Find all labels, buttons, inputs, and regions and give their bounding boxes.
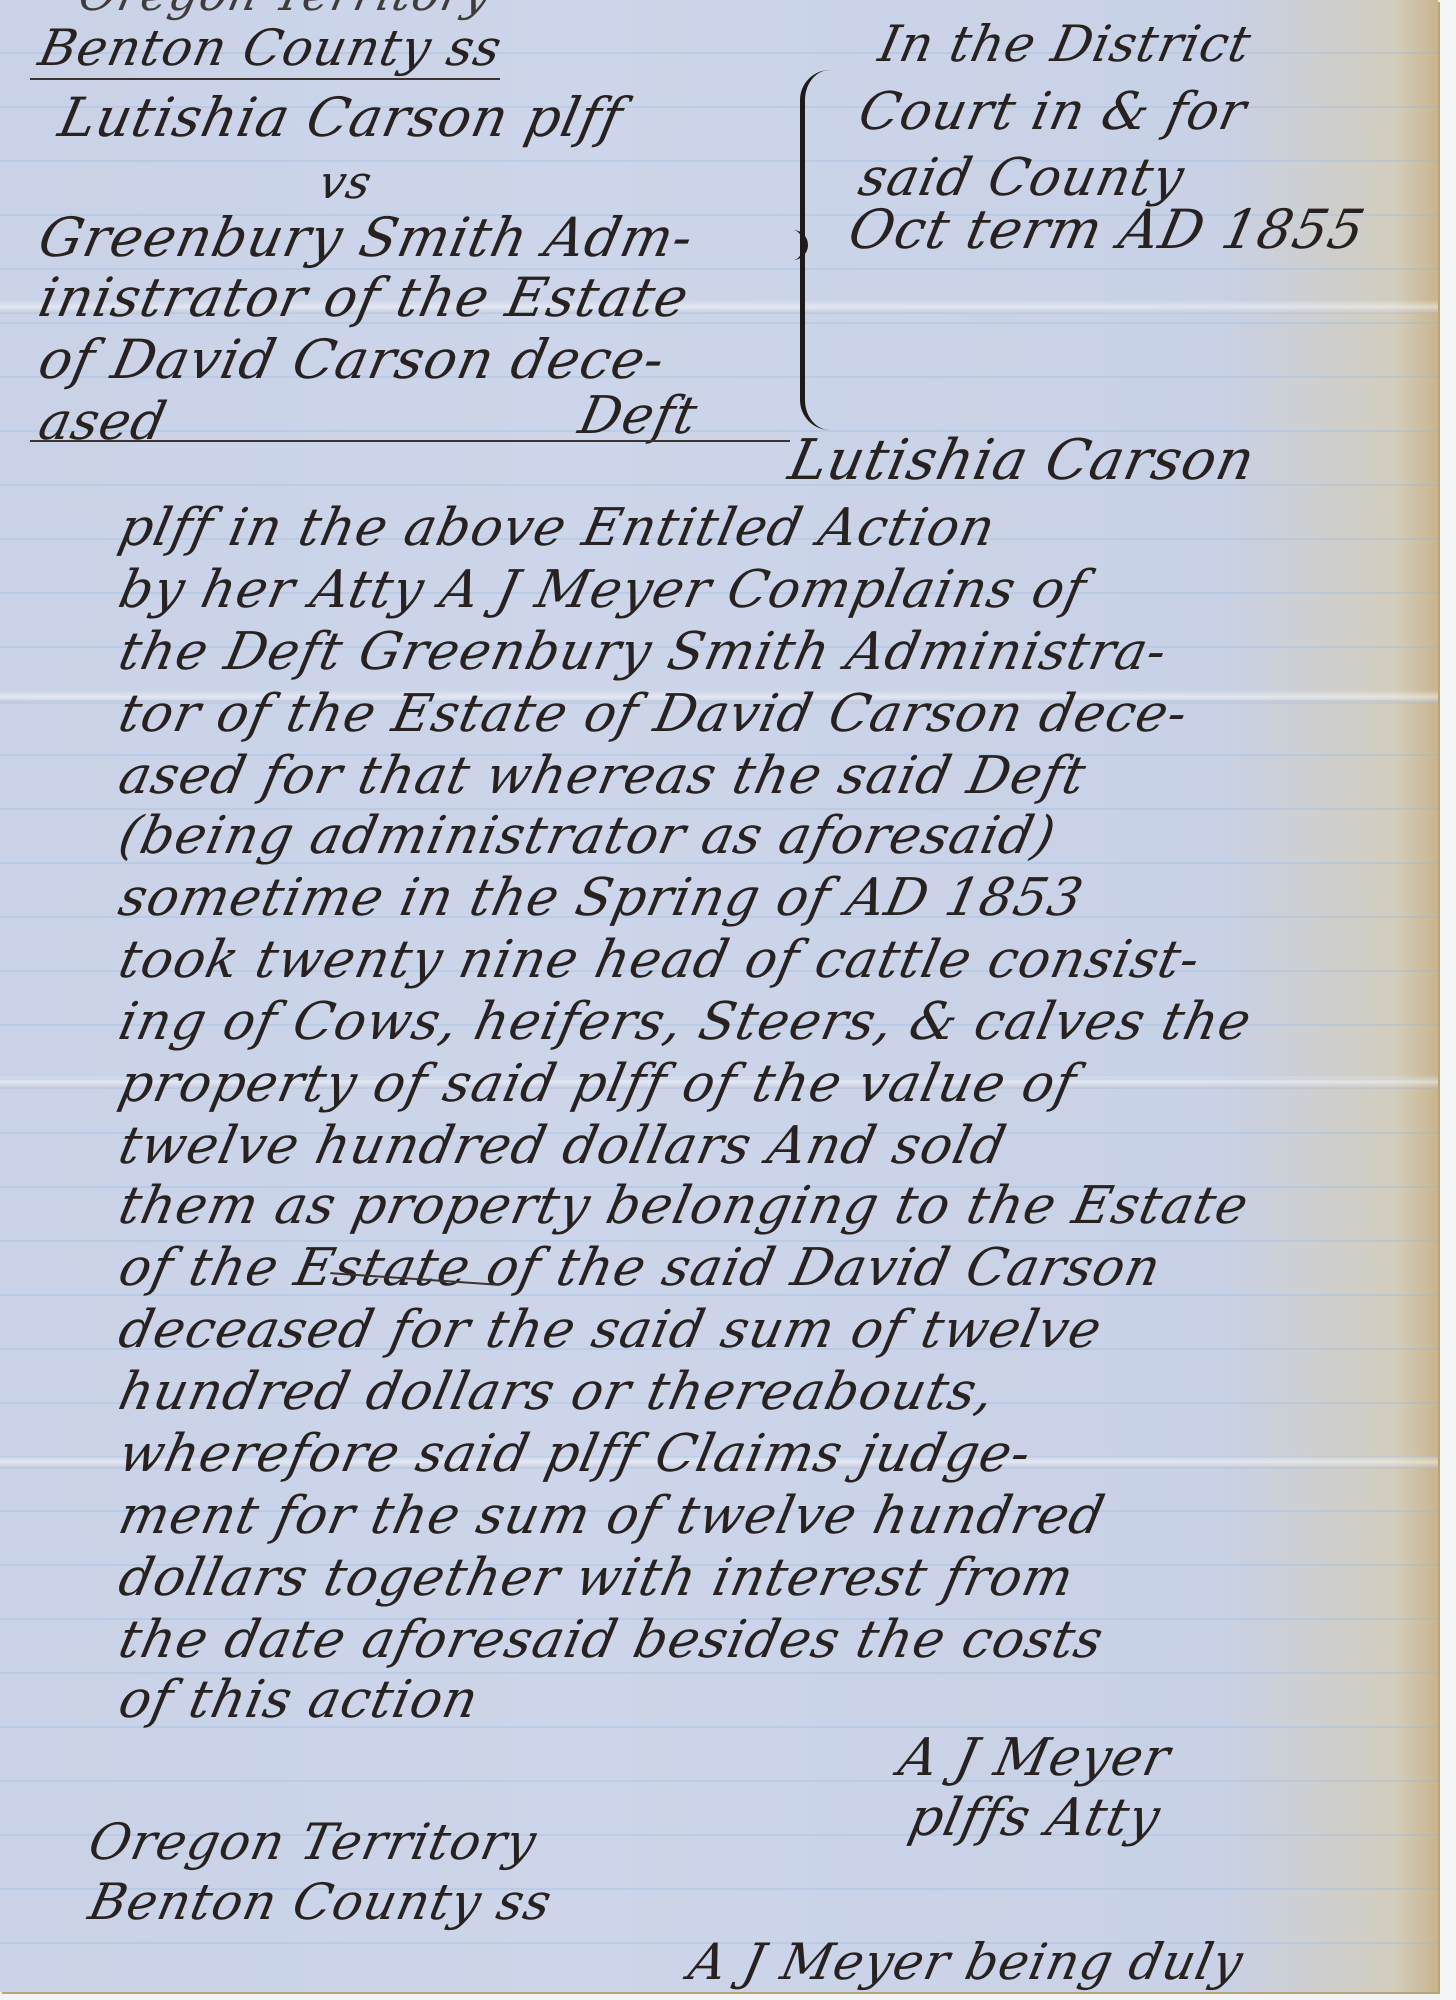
body-line-4: tor of the Estate of David Carson dece- bbox=[114, 684, 1194, 744]
caption-defendant-1: Greenbury Smith Adm- bbox=[34, 208, 699, 268]
signature-name: A J Meyer bbox=[894, 1728, 1176, 1788]
body-line-7: sometime in the Spring of AD 1853 bbox=[114, 868, 1089, 928]
affidavit-territory: Oregon Territory bbox=[84, 1812, 543, 1872]
body-line-5: ased for that whereas the said Deft bbox=[114, 746, 1092, 806]
caption-brace bbox=[800, 70, 845, 430]
body-line-11: twelve hundred dollars And sold bbox=[114, 1116, 1012, 1176]
body-line-14: deceased for the said sum of twelve bbox=[114, 1300, 1108, 1360]
body-line-15: hundred dollars or thereabouts, bbox=[114, 1362, 1001, 1422]
body-line-12: them as property belonging to the Estate bbox=[114, 1176, 1254, 1236]
body-line-2: by her Atty A J Meyer Complains of bbox=[114, 560, 1092, 620]
court-line-1: In the District bbox=[874, 14, 1257, 74]
caption-defendant-3: of David Carson dece- bbox=[34, 330, 671, 390]
body-line-20: of this action bbox=[114, 1670, 485, 1730]
body-line-3: the Deft Greenbury Smith Administra- bbox=[114, 622, 1173, 682]
document-page: Oregon Territory Benton County ss Lutish… bbox=[0, 0, 1438, 1992]
caption-county: Benton County ss bbox=[34, 18, 508, 78]
affidavit-opening: A J Meyer being duly bbox=[684, 1932, 1249, 1992]
caption-defendant-4: ased bbox=[34, 392, 173, 452]
caption-underline bbox=[30, 78, 500, 80]
body-line-0: Lutishia Carson bbox=[783, 428, 1261, 493]
body-line-6: (being administrator as aforesaid) bbox=[114, 806, 1062, 866]
body-line-18: dollars together with interest from bbox=[114, 1548, 1080, 1608]
body-line-17: ment for the sum of twelve hundred bbox=[114, 1486, 1111, 1546]
body-line-13: of the Estate of the said David Carson bbox=[114, 1238, 1167, 1298]
body-line-19: the date aforesaid besides the costs bbox=[114, 1610, 1109, 1670]
court-line-2: Court in & for bbox=[854, 82, 1253, 142]
caption-versus: vs bbox=[314, 152, 378, 212]
affidavit-county: Benton County ss bbox=[84, 1872, 558, 1932]
body-line-9: ing of Cows, heifers, Steers, & calves t… bbox=[114, 992, 1257, 1052]
caption-plaintiff: Lutishia Carson plff bbox=[54, 88, 629, 148]
body-line-16: wherefore said plff Claims judge- bbox=[114, 1424, 1037, 1484]
caption-defendant-label: Deft bbox=[574, 386, 703, 446]
body-line-8: took twenty nine head of cattle consist- bbox=[114, 930, 1206, 990]
signature-title: plffs Atty bbox=[904, 1788, 1166, 1848]
body-line-10: property of said plff of the value of bbox=[114, 1054, 1082, 1114]
caption-defendant-2: inistrator of the Estate bbox=[34, 268, 695, 328]
caption-bottom-rule bbox=[30, 440, 790, 442]
court-term: Oct term AD 1855 bbox=[844, 200, 1371, 260]
body-line-1: plff in the above Entitled Action bbox=[114, 498, 1001, 558]
